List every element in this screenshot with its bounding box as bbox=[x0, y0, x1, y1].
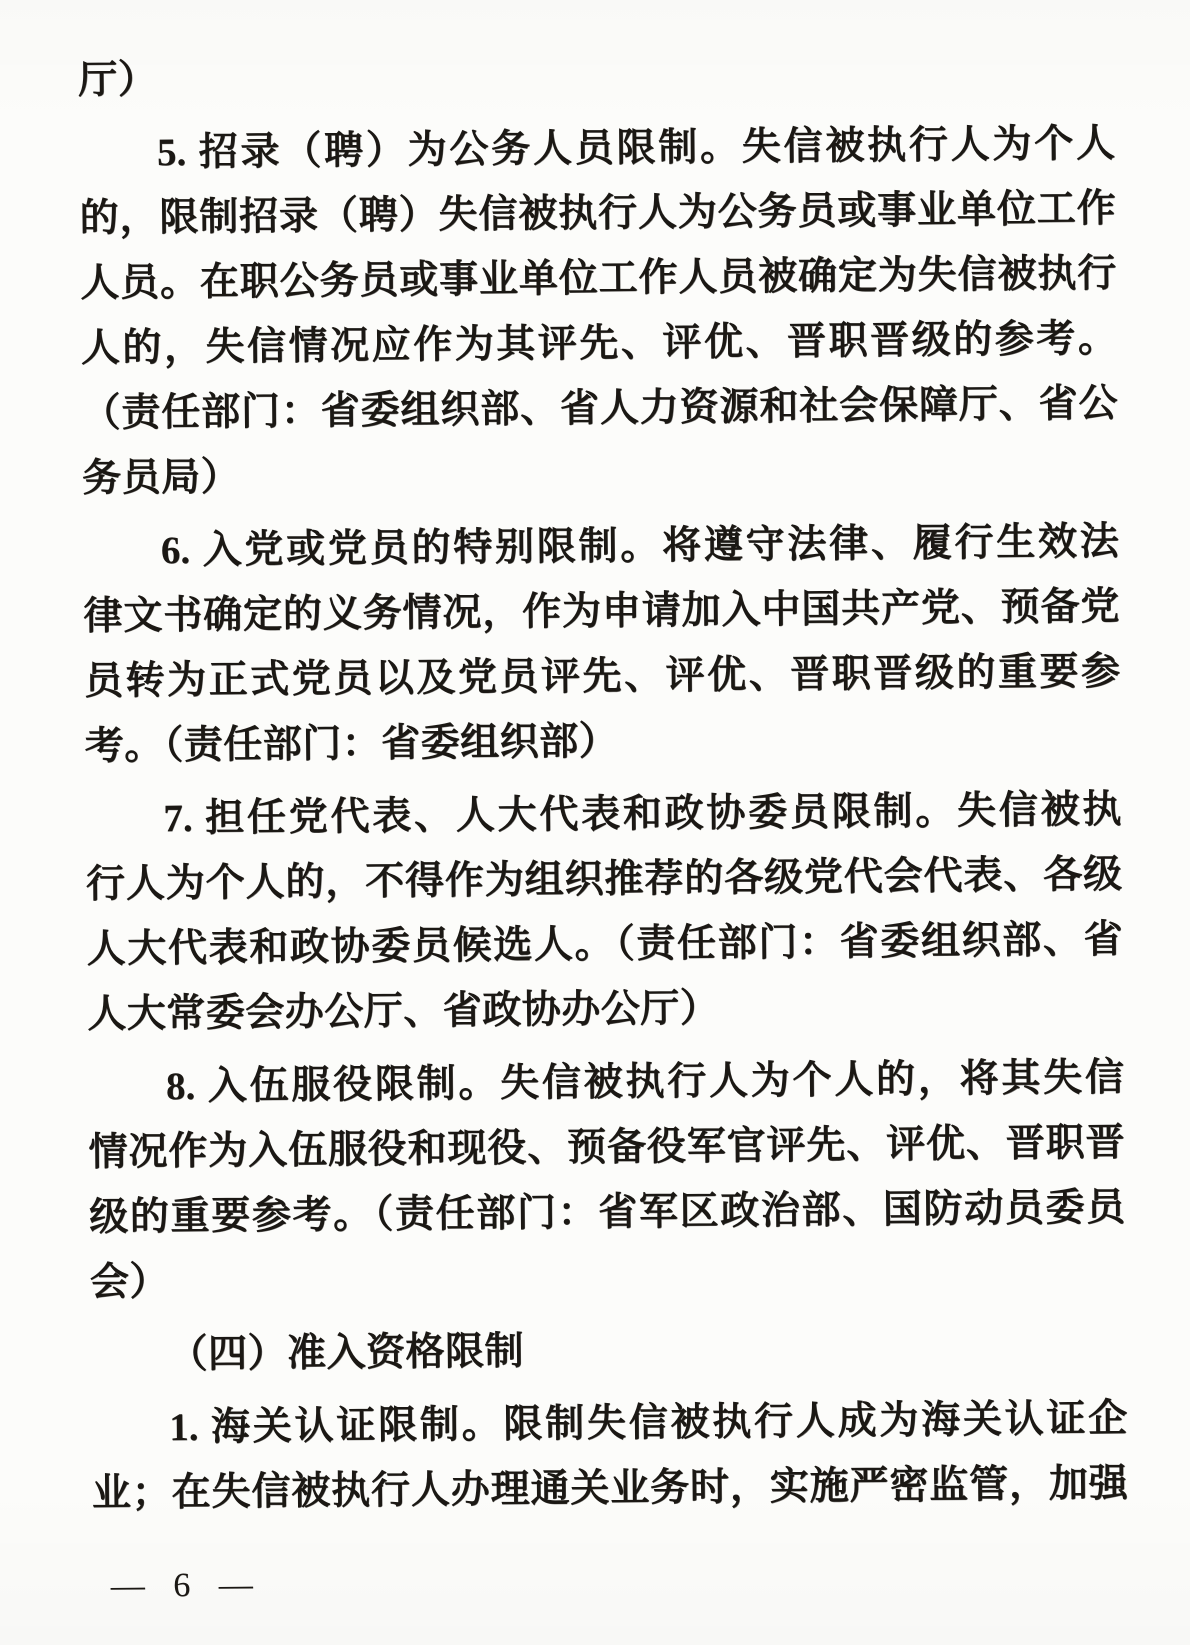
text-line: （责任部门：省委组织部、省人力资源和社会保障厅、省公 bbox=[81, 371, 1118, 446]
text-line: 的，限制招录（聘）失信被执行人为公务员或事业单位工作 bbox=[79, 176, 1116, 251]
text-line: （四）准入资格限制 bbox=[90, 1313, 1127, 1388]
text-line: 务员局） bbox=[82, 436, 1119, 511]
paragraph: 厅） bbox=[78, 38, 1115, 113]
paragraph: 5. 招录（聘）为公务人员限制。失信被执行人为个人的，限制招录（聘）失信被执行人… bbox=[79, 111, 1119, 511]
paragraph: 7. 担任党代表、人大代表和政协委员限制。失信被执行人为个人的，不得作为组织推荐… bbox=[85, 777, 1123, 1047]
text-line: 员转为正式党员以及党员评先、评优、晋职晋级的重要参 bbox=[84, 639, 1121, 714]
text-line: 考。（责任部门：省委组织部） bbox=[84, 704, 1121, 779]
page-number: — 6 — bbox=[93, 1558, 1129, 1606]
text-line: 人员。在职公务员或事业单位工作人员被确定为失信被执行 bbox=[80, 241, 1117, 316]
text-line: 1. 海关认证限制。限制失信被执行人成为海关认证企 bbox=[91, 1386, 1128, 1461]
text-line: 会） bbox=[90, 1240, 1127, 1315]
text-line: 情况作为入伍服役和现役、预备役军官评先、评优、晋职晋 bbox=[88, 1110, 1125, 1185]
text-line: 8. 入伍服役限制。失信被执行人为个人的，将其失信 bbox=[88, 1045, 1125, 1120]
paragraph: 6. 入党或党员的特别限制。将遵守法律、履行生效法律文书确定的义务情况，作为申请… bbox=[83, 509, 1121, 779]
text-line: 5. 招录（聘）为公务人员限制。失信被执行人为个人 bbox=[79, 111, 1116, 186]
document-page: 厅）5. 招录（聘）为公务人员限制。失信被执行人为个人的，限制招录（聘）失信被执… bbox=[0, 0, 1190, 1645]
text-line: 级的重要参考。（责任部门：省军区政治部、国防动员委员 bbox=[89, 1175, 1126, 1250]
text-line: 人大代表和政协委员候选人。（责任部门：省委组织部、省 bbox=[86, 907, 1123, 982]
text-line: 行人为个人的，不得作为组织推荐的各级党代会代表、各级 bbox=[86, 842, 1123, 917]
document-paragraphs: 厅）5. 招录（聘）为公务人员限制。失信被执行人为个人的，限制招录（聘）失信被执… bbox=[78, 38, 1128, 1526]
paragraph: 1. 海关认证限制。限制失信被执行人成为海关认证企业；在失信被执行人办理通关业务… bbox=[91, 1386, 1128, 1526]
text-line: 7. 担任党代表、人大代表和政协委员限制。失信被执 bbox=[85, 777, 1122, 852]
document-body: 厅）5. 招录（聘）为公务人员限制。失信被执行人为个人的，限制招录（聘）失信被执… bbox=[78, 38, 1129, 1606]
paragraph: （四）准入资格限制 bbox=[90, 1313, 1127, 1388]
text-line: 人的，失信情况应作为其评先、评优、晋职晋级的参考。 bbox=[81, 306, 1118, 381]
paragraph: 8. 入伍服役限制。失信被执行人为个人的，将其失信情况作为入伍服役和现役、预备役… bbox=[88, 1045, 1126, 1315]
text-line: 律文书确定的义务情况，作为申请加入中国共产党、预备党 bbox=[83, 574, 1120, 649]
text-line: 6. 入党或党员的特别限制。将遵守法律、履行生效法 bbox=[83, 509, 1120, 584]
text-line: 人大常委会办公厅、省政协办公厅） bbox=[87, 972, 1124, 1047]
text-line: 业；在失信被执行人办理通关业务时，实施严密监管，加强 bbox=[92, 1451, 1129, 1526]
text-line: 厅） bbox=[78, 38, 1115, 113]
